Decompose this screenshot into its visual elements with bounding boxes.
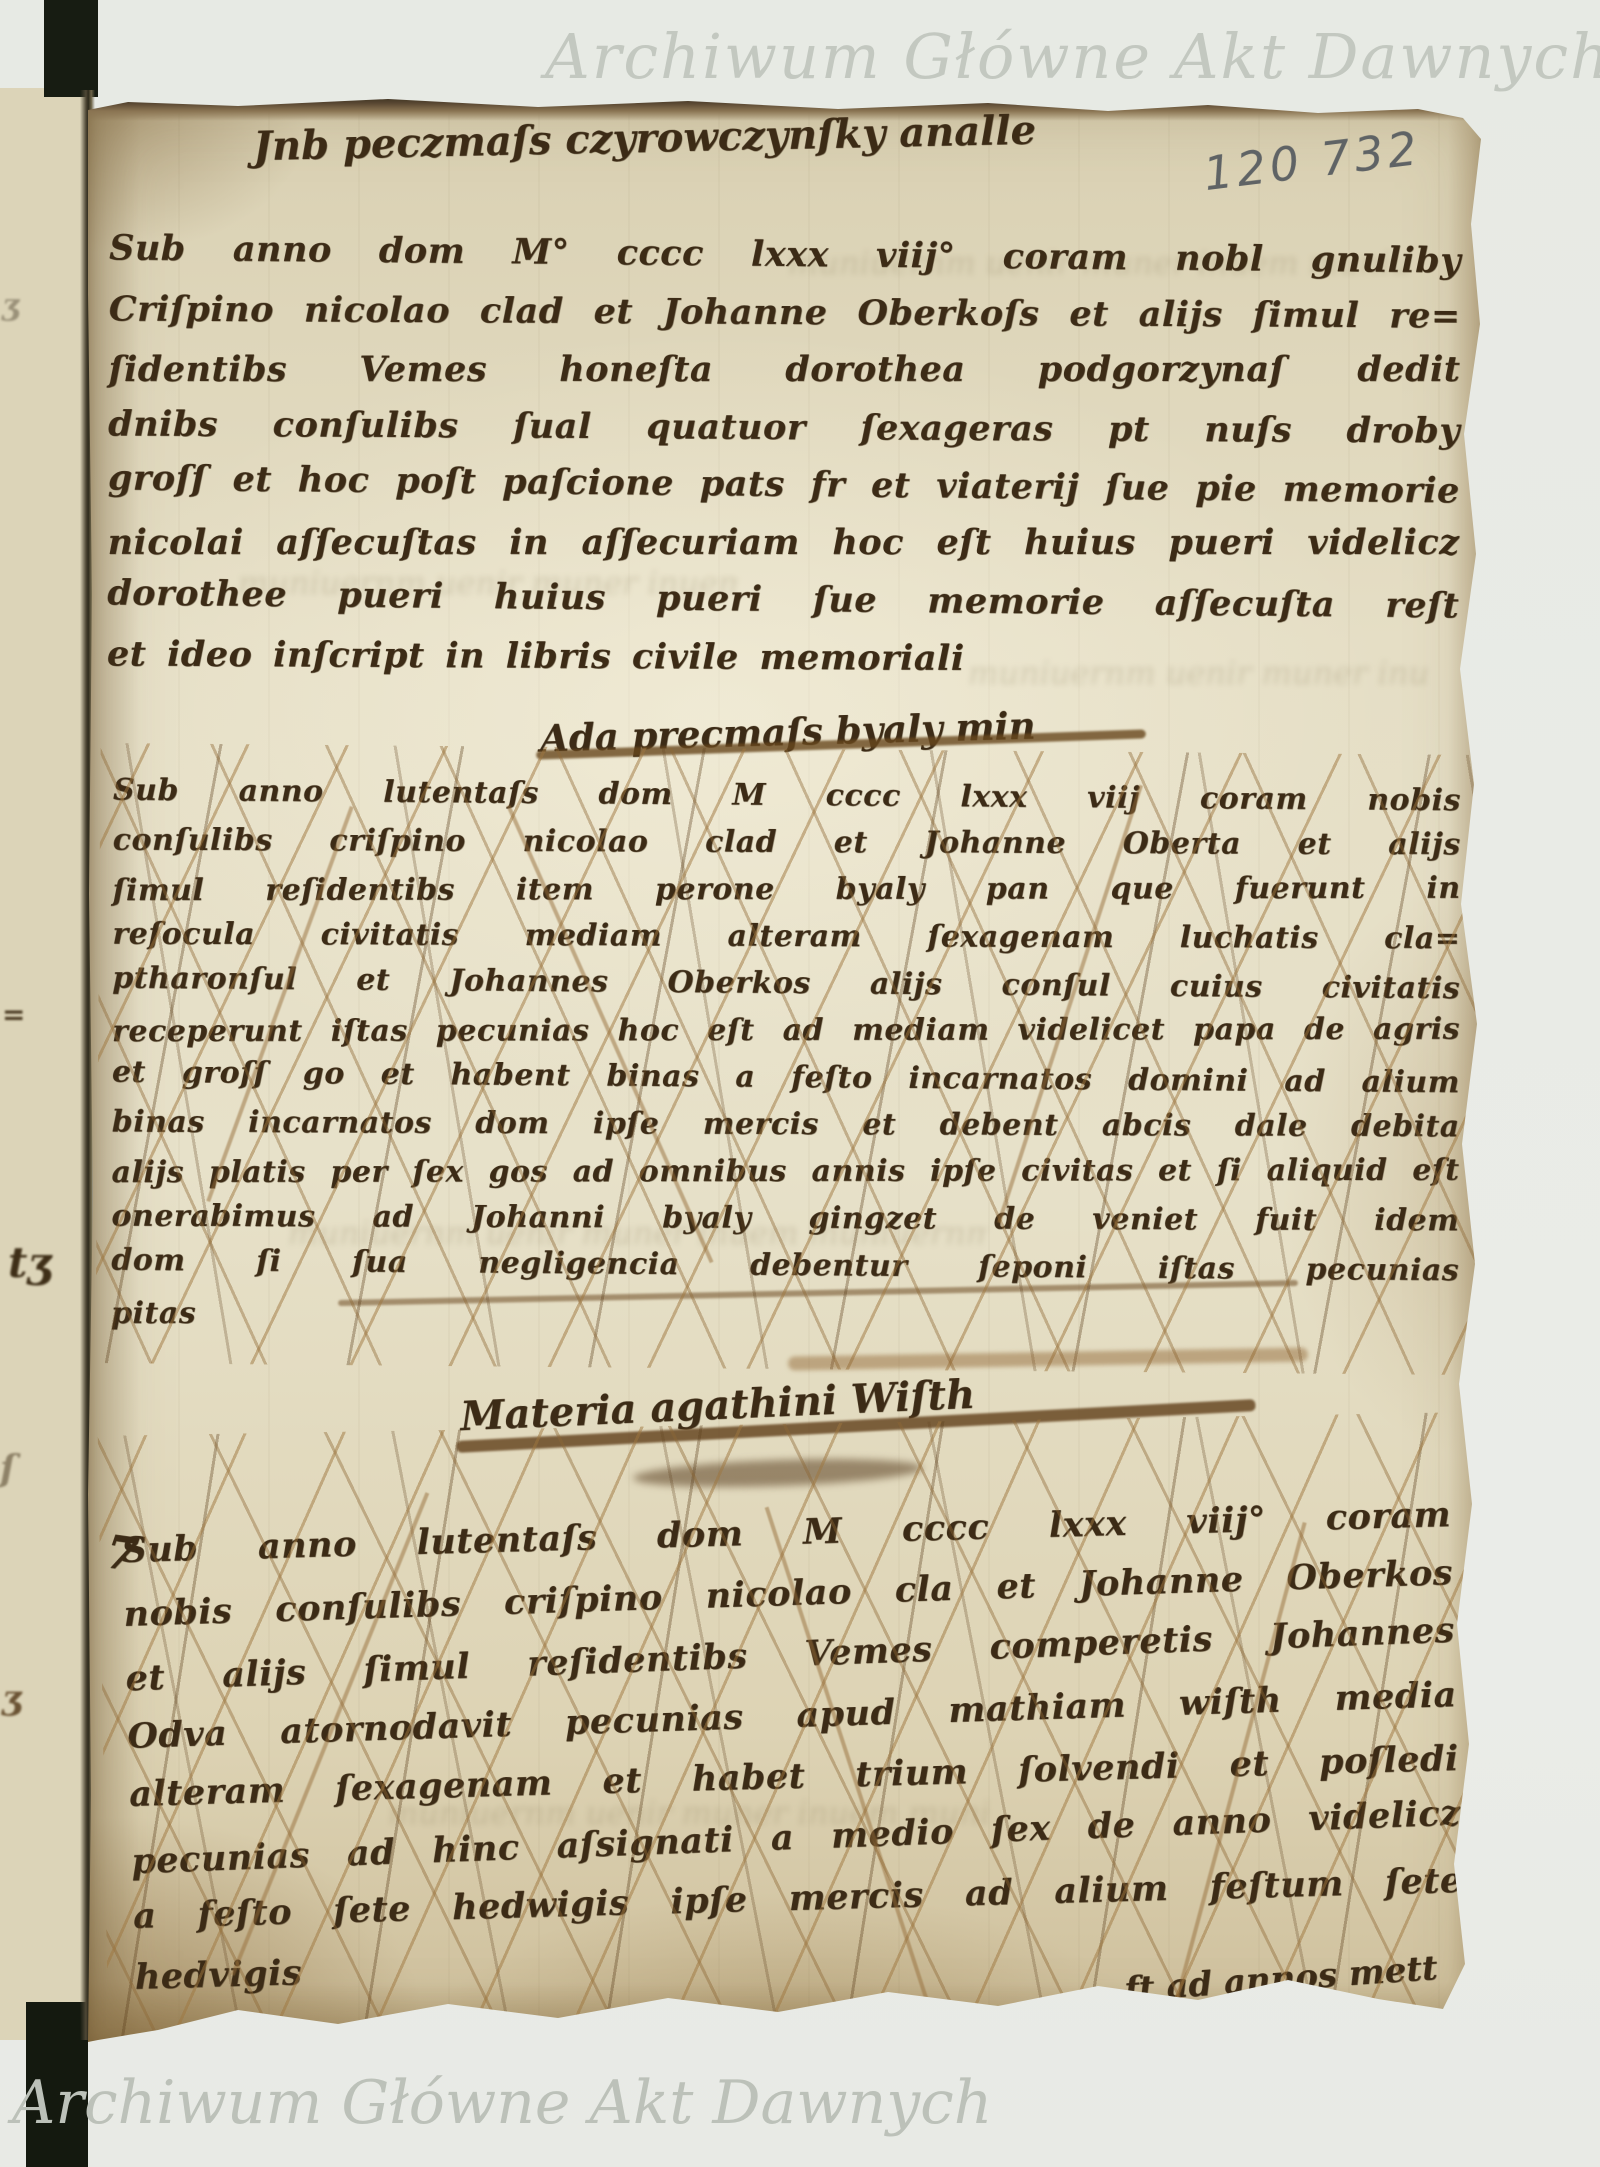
manuscript-line: dorothee pueri huius pueri ſue memorie a… xyxy=(107,565,1459,635)
marginal-ink-mark: ʒ xyxy=(2,1678,21,1718)
watermark-top: Archiwum Główne Akt Dawnych xyxy=(545,20,1600,93)
archival-number: 120 732 xyxy=(1201,121,1424,201)
adjacent-page-edge: ʒ = tʒ ſ ʒ xyxy=(0,88,92,2040)
watermark-bottom: Archiwum Główne Akt Dawnych xyxy=(12,2068,992,2138)
scanned-manuscript: ʒ = tʒ ſ ʒ muniuernm uenir muner inuem m… xyxy=(0,0,1600,2167)
manuscript-line: binas incarnatos dom ipſe mercis et debe… xyxy=(112,1099,1460,1151)
ink-smear xyxy=(788,1347,1308,1370)
manuscript-line: receperunt iſtas pecunias hoc eſt ad med… xyxy=(112,1006,1460,1055)
manuscript-page: muniuernm uenir muner inuem muniuernm ue… xyxy=(88,94,1490,2046)
manuscript-line: onerabimus ad Johanni byaly gingzet de v… xyxy=(111,1193,1459,1245)
manuscript-line: ptharonſul et Johannes Oberkos alijs con… xyxy=(112,955,1460,1013)
manuscript-line: alijs platis per ſex gos ad omnibus anni… xyxy=(112,1147,1460,1196)
marginal-ink-mark: ʒ xyxy=(2,288,19,323)
marginal-ink-mark: ſ xyxy=(0,1448,16,1490)
entry-2-text: Sub anno lutentaſs dom M cccc lxxx viij … xyxy=(111,770,1461,1339)
manuscript-line: nicolai aſſecuſtas in aſſecuriam hoc eſt… xyxy=(108,513,1460,571)
manuscript-line: Sub anno lutentaſs dom M cccc lxxx viij … xyxy=(113,767,1461,825)
manuscript-line: Sub anno dom M° cccc lxxx viij° coram no… xyxy=(109,220,1461,290)
manuscript-line: et groſſ go et habent binas a feſto inca… xyxy=(112,1049,1460,1107)
manuscript-line: et ideo inſcript in libris civile memori… xyxy=(107,625,1459,690)
entry-1-text: Sub anno dom M° cccc lxxx viij° coram no… xyxy=(107,222,1461,689)
manuscript-line: Criſpino nicolao clad et Johanne Oberkoſ… xyxy=(109,280,1461,345)
marginal-ink-mark: = xyxy=(2,998,25,1031)
manuscript-line: reſocula civitatis mediam alteram ſexage… xyxy=(112,911,1460,963)
manuscript-line: ſidentibs Vemes honeſta dorothea podgorz… xyxy=(108,341,1460,399)
manuscript-line: groſſ et hoc poſt paſcione pats fr et vi… xyxy=(108,450,1460,520)
marginal-ink-mark: tʒ xyxy=(8,1238,51,1287)
black-strip-top xyxy=(44,0,98,97)
manuscript-line: conſulibs criſpino nicolao clad et Johan… xyxy=(113,817,1461,869)
ink-blotch xyxy=(633,1455,924,1491)
manuscript-line: dnibs conſulibs ſual quatuor ſexageras p… xyxy=(108,395,1460,460)
